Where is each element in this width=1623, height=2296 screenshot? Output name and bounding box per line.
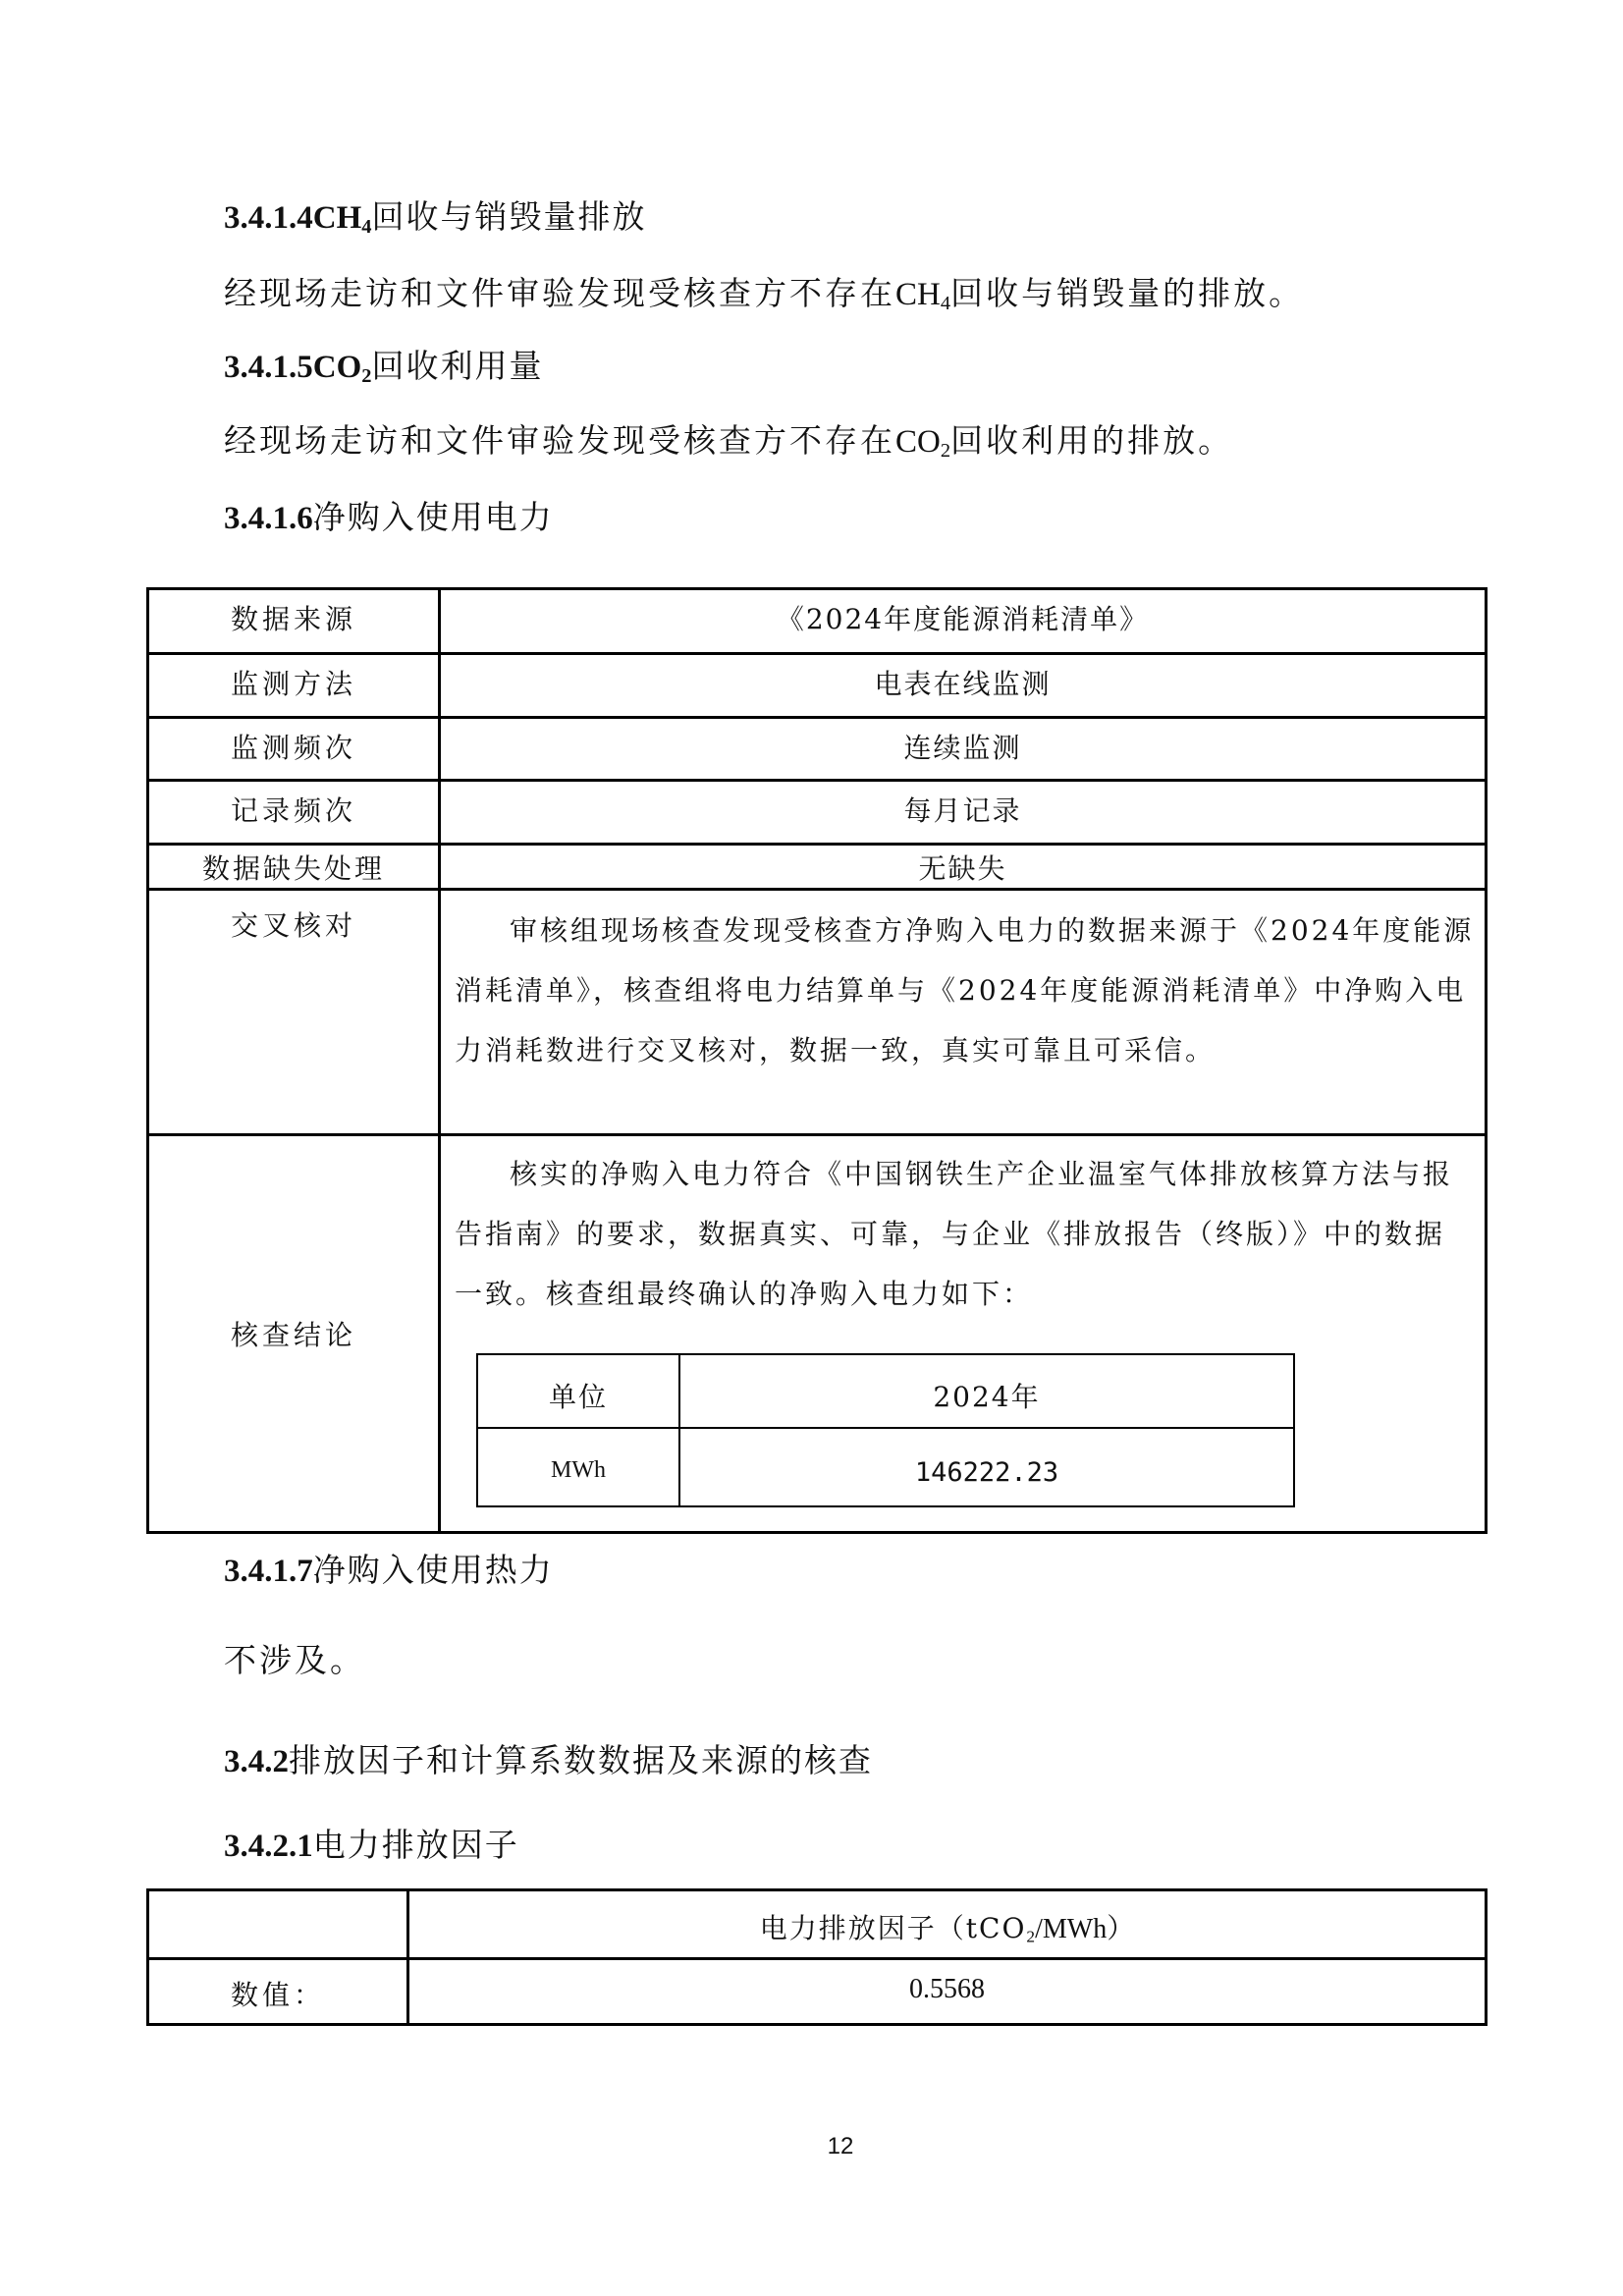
heading-number: 3.4.1.6 <box>224 501 313 536</box>
header-text: 电力排放因子（tCO <box>760 1912 1027 1944</box>
heading-number: 3.4.2.1 <box>224 1829 313 1864</box>
table-header-row: 电力排放因子（tCO2/MWh） <box>148 1890 1487 1959</box>
heading-title: 电力排放因子 <box>313 1826 519 1864</box>
row-value: 《2024年度能源消耗清单》 <box>440 589 1487 654</box>
table-header-row: 单位 2024年 <box>477 1354 1294 1428</box>
table-row-conclusion: 核查结论 核实的净购入电力符合《中国钢铁生产企业温室气体排放核算方法与报告指南》… <box>148 1135 1487 1533</box>
conclusion-cell: 核实的净购入电力符合《中国钢铁生产企业温室气体排放核算方法与报告指南》的要求，数… <box>440 1135 1487 1533</box>
paragraph-co2-recovery: 经现场走访和文件审验发现受核查方不存在CO2回收利用的排放。 <box>224 424 1233 459</box>
heading-3-4-1-5: 3.4.1.5CO2回收利用量 <box>224 350 543 384</box>
row-label: 数据来源 <box>148 589 440 654</box>
table-row: 监测方法 电表在线监测 <box>148 654 1487 718</box>
header-subscript: 2 <box>1026 1927 1035 1945</box>
row-label: 监测方法 <box>148 654 440 718</box>
emission-factor-table: 电力排放因子（tCO2/MWh） 数值： 0.5568 <box>146 1888 1488 2026</box>
paragraph-text: 审核组现场核查发现受核查方净购入电力的数据来源于《2024年度能源消耗清单》，核… <box>455 901 1475 1080</box>
gas-formula: CO <box>895 424 941 460</box>
heading-3-4-2: 3.4.2排放因子和计算系数数据及来源的核查 <box>224 1744 873 1778</box>
paragraph-text: 回收利用的排放。 <box>950 421 1233 460</box>
row-value: 无缺失 <box>440 845 1487 890</box>
heading-3-4-1-4: 3.4.1.4CH4回收与销毁量排放 <box>224 200 646 235</box>
heading-number: 3.4.1.4 <box>224 200 313 236</box>
heading-gas-subscript: 2 <box>361 365 371 387</box>
row-value: 每月记录 <box>440 781 1487 845</box>
heading-number: 3.4.1.7 <box>224 1554 313 1589</box>
table-row: 记录频次 每月记录 <box>148 781 1487 845</box>
heading-title: 回收与销毁量排放 <box>371 197 646 236</box>
row-label: 数据缺失处理 <box>148 845 440 890</box>
header-emission-factor: 电力排放因子（tCO2/MWh） <box>408 1890 1487 1959</box>
paragraph-text: 回收与销毁量的排放。 <box>950 274 1304 312</box>
heading-3-4-1-6: 3.4.1.6净购入使用电力 <box>224 501 554 535</box>
table-row-cross-check: 交叉核对 审核组现场核查发现受核查方净购入电力的数据来源于《2024年度能源消耗… <box>148 890 1487 1135</box>
cross-check-text: 审核组现场核查发现受核查方净购入电力的数据来源于《2024年度能源消耗清单》，核… <box>440 890 1487 1135</box>
paragraph-not-applicable: 不涉及。 <box>224 1644 365 1676</box>
heading-gas: CH <box>313 200 362 236</box>
row-label: 核查结论 <box>148 1135 440 1533</box>
table-row: 数据缺失处理 无缺失 <box>148 845 1487 890</box>
heading-title: 净购入使用电力 <box>313 498 554 536</box>
header-blank-cell <box>148 1890 408 1959</box>
heading-title: 排放因子和计算系数数据及来源的核查 <box>289 1741 873 1779</box>
row-label: 数值： <box>148 1959 408 2025</box>
paragraph-text: 核实的净购入电力符合《中国钢铁生产企业温室气体排放核算方法与报告指南》的要求，数… <box>455 1144 1475 1324</box>
heading-3-4-2-1: 3.4.2.1电力排放因子 <box>224 1829 519 1863</box>
table-row: 数据来源 《2024年度能源消耗清单》 <box>148 589 1487 654</box>
page-number: 12 <box>0 2133 1623 2160</box>
table-row: 数值： 0.5568 <box>148 1959 1487 2025</box>
header-unit: 单位 <box>477 1354 679 1428</box>
confirmed-electricity-table: 单位 2024年 MWh 146222.23 <box>476 1353 1295 1507</box>
row-value: 0.5568 <box>408 1959 1487 2025</box>
header-year: 2024年 <box>679 1354 1294 1428</box>
table-row: 监测频次 连续监测 <box>148 718 1487 781</box>
row-value: 电表在线监测 <box>440 654 1487 718</box>
row-value: 连续监测 <box>440 718 1487 781</box>
header-text: /MWh） <box>1035 1914 1134 1944</box>
heading-gas: CO <box>313 350 362 385</box>
gas-formula: CH <box>895 277 941 312</box>
heading-3-4-1-7: 3.4.1.7净购入使用热力 <box>224 1554 554 1588</box>
row-label: 记录频次 <box>148 781 440 845</box>
value-cell: 146222.23 <box>679 1428 1294 1506</box>
heading-title: 回收利用量 <box>371 347 543 385</box>
row-label: 监测频次 <box>148 718 440 781</box>
net-purchased-electricity-table: 数据来源 《2024年度能源消耗清单》 监测方法 电表在线监测 监测频次 连续监… <box>146 587 1488 1534</box>
paragraph-text: 经现场走访和文件审验发现受核查方不存在 <box>224 421 895 460</box>
row-label: 交叉核对 <box>148 890 440 1135</box>
gas-subscript: 4 <box>941 293 950 314</box>
heading-number: 3.4.2 <box>224 1744 289 1779</box>
table-row: MWh 146222.23 <box>477 1428 1294 1506</box>
heading-gas-subscript: 4 <box>361 216 371 238</box>
paragraph-ch4-recovery: 经现场走访和文件审验发现受核查方不存在CH4回收与销毁量的排放。 <box>224 277 1304 311</box>
paragraph-text: 经现场走访和文件审验发现受核查方不存在 <box>224 274 895 312</box>
heading-number: 3.4.1.5 <box>224 350 313 385</box>
unit-cell: MWh <box>477 1428 679 1506</box>
heading-title: 净购入使用热力 <box>313 1551 554 1589</box>
gas-subscript: 2 <box>941 440 950 462</box>
